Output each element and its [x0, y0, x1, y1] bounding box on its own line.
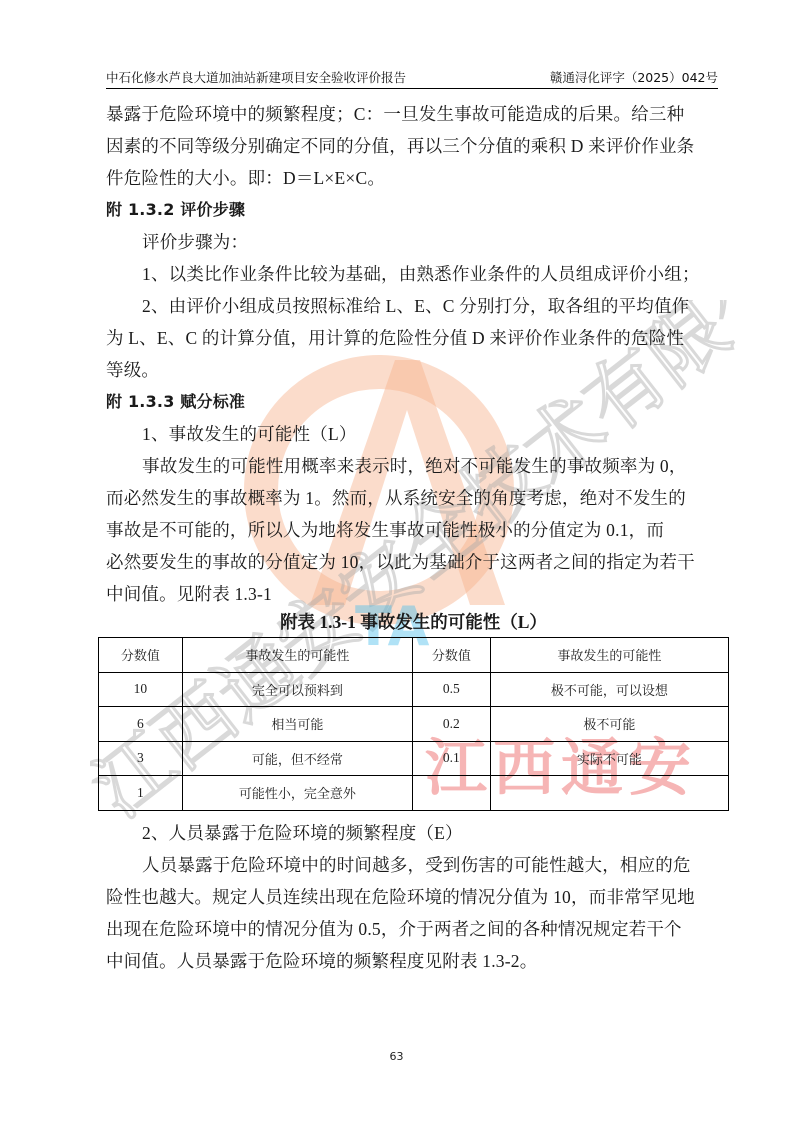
paragraph-line: 暴露于危险环境中的频繁程度；C：一旦发生事故可能造成的后果。给三种 [106, 98, 721, 130]
page-header: 中石化修水芦良大道加油站新建项目安全验收评价报告 赣通浔化评字（2025）042… [106, 66, 718, 89]
report-title: 中石化修水芦良大道加油站新建项目安全验收评价报告 [106, 68, 406, 86]
page-number: 63 [0, 1050, 793, 1063]
description-cell: 极不可能 [490, 707, 728, 742]
paragraph-line: 等级。 [106, 354, 721, 386]
description-cell: 极不可能，可以设想 [490, 672, 728, 707]
score-cell: 10 [99, 672, 183, 707]
description-cell: 可能，但不经常 [182, 741, 412, 776]
section-heading-1-3-2: 附 1.3.2 评价步骤 [106, 194, 721, 226]
paragraph-line: 出现在危险环境中的情况分值为 0.5，介于两者之间的各种情况规定若干个 [106, 913, 721, 945]
description-cell: 相当可能 [182, 707, 412, 742]
description-cell: 实际不可能 [490, 741, 728, 776]
table-row: 6 相当可能 0.2 极不可能 [99, 707, 729, 742]
paragraph-line: 险性也越大。规定人员连续出现在危险环境的情况分值为 10，而非常罕见地 [106, 881, 721, 913]
step-2: 2、由评价小组成员按照标准给 L、E、C 分别打分，取各组的平均值作 [106, 290, 721, 322]
paragraph-line: 件危险性的大小。即：D＝L×E×C。 [106, 162, 721, 194]
body-text-continued: 2、人员暴露于危险环境的频繁程度（E） 人员暴露于危险环境中的时间越多，受到伤害… [106, 817, 721, 977]
step-1: 1、以类比作业条件比较为基础，由熟悉作业条件的人员组成评价小组； [106, 258, 721, 290]
description-cell [490, 776, 728, 811]
steps-intro: 评价步骤为： [106, 226, 721, 258]
table-header-cell: 分数值 [412, 638, 490, 673]
document-number: 赣通浔化评字（2025）042号 [550, 68, 718, 86]
body-text: 暴露于危险环境中的频繁程度；C：一旦发生事故可能造成的后果。给三种 因素的不同等… [106, 98, 721, 610]
table-row: 3 可能，但不经常 0.1 实际不可能 [99, 741, 729, 776]
table-header-cell: 分数值 [99, 638, 183, 673]
score-cell: 0.2 [412, 707, 490, 742]
score-cell: 1 [99, 776, 183, 811]
section-heading-1-3-3: 附 1.3.3 赋分标准 [106, 386, 721, 418]
table-row: 10 完全可以预料到 0.5 极不可能，可以设想 [99, 672, 729, 707]
likelihood-table: 分数值 事故发生的可能性 分数值 事故发生的可能性 10 完全可以预料到 0.5… [98, 637, 729, 811]
table-header-row: 分数值 事故发生的可能性 分数值 事故发生的可能性 [99, 638, 729, 673]
item-1-title: 1、事故发生的可能性（L） [106, 418, 721, 450]
description-cell: 完全可以预料到 [182, 672, 412, 707]
paragraph-line: 为 L、E、C 的计算分值，用计算的危险性分值 D 来评价作业条件的危险性 [106, 322, 721, 354]
paragraph-line: 人员暴露于危险环境中的时间越多，受到伤害的可能性越大，相应的危 [106, 849, 721, 881]
score-cell: 6 [99, 707, 183, 742]
paragraph-line: 事故是不可能的，所以人为地将发生事故可能性极小的分值定为 0.1，而 [106, 514, 721, 546]
table-title: 附表 1.3-1 事故发生的可能性（L） [106, 609, 721, 635]
score-cell: 3 [99, 741, 183, 776]
item-2-title: 2、人员暴露于危险环境的频繁程度（E） [106, 817, 721, 849]
score-cell: 0.5 [412, 672, 490, 707]
paragraph-line: 而必然发生的事故概率为 1。然而，从系统安全的角度考虑，绝对不发生的 [106, 482, 721, 514]
paragraph-line: 因素的不同等级分别确定不同的分值，再以三个分值的乘积 D 来评价作业条 [106, 130, 721, 162]
paragraph-line: 必然要发生的事故的分值定为 10，以此为基础介于这两者之间的指定为若干 [106, 546, 721, 578]
table-header-cell: 事故发生的可能性 [182, 638, 412, 673]
table-row: 1 可能性小，完全意外 [99, 776, 729, 811]
score-cell [412, 776, 490, 811]
paragraph-line: 中间值。见附表 1.3-1 [106, 578, 721, 610]
score-cell: 0.1 [412, 741, 490, 776]
paragraph-line: 中间值。人员暴露于危险环境的频繁程度见附表 1.3-2。 [106, 945, 721, 977]
paragraph-line: 事故发生的可能性用概率来表示时，绝对不可能发生的事故频率为 0， [106, 450, 721, 482]
description-cell: 可能性小，完全意外 [182, 776, 412, 811]
table-header-cell: 事故发生的可能性 [490, 638, 728, 673]
